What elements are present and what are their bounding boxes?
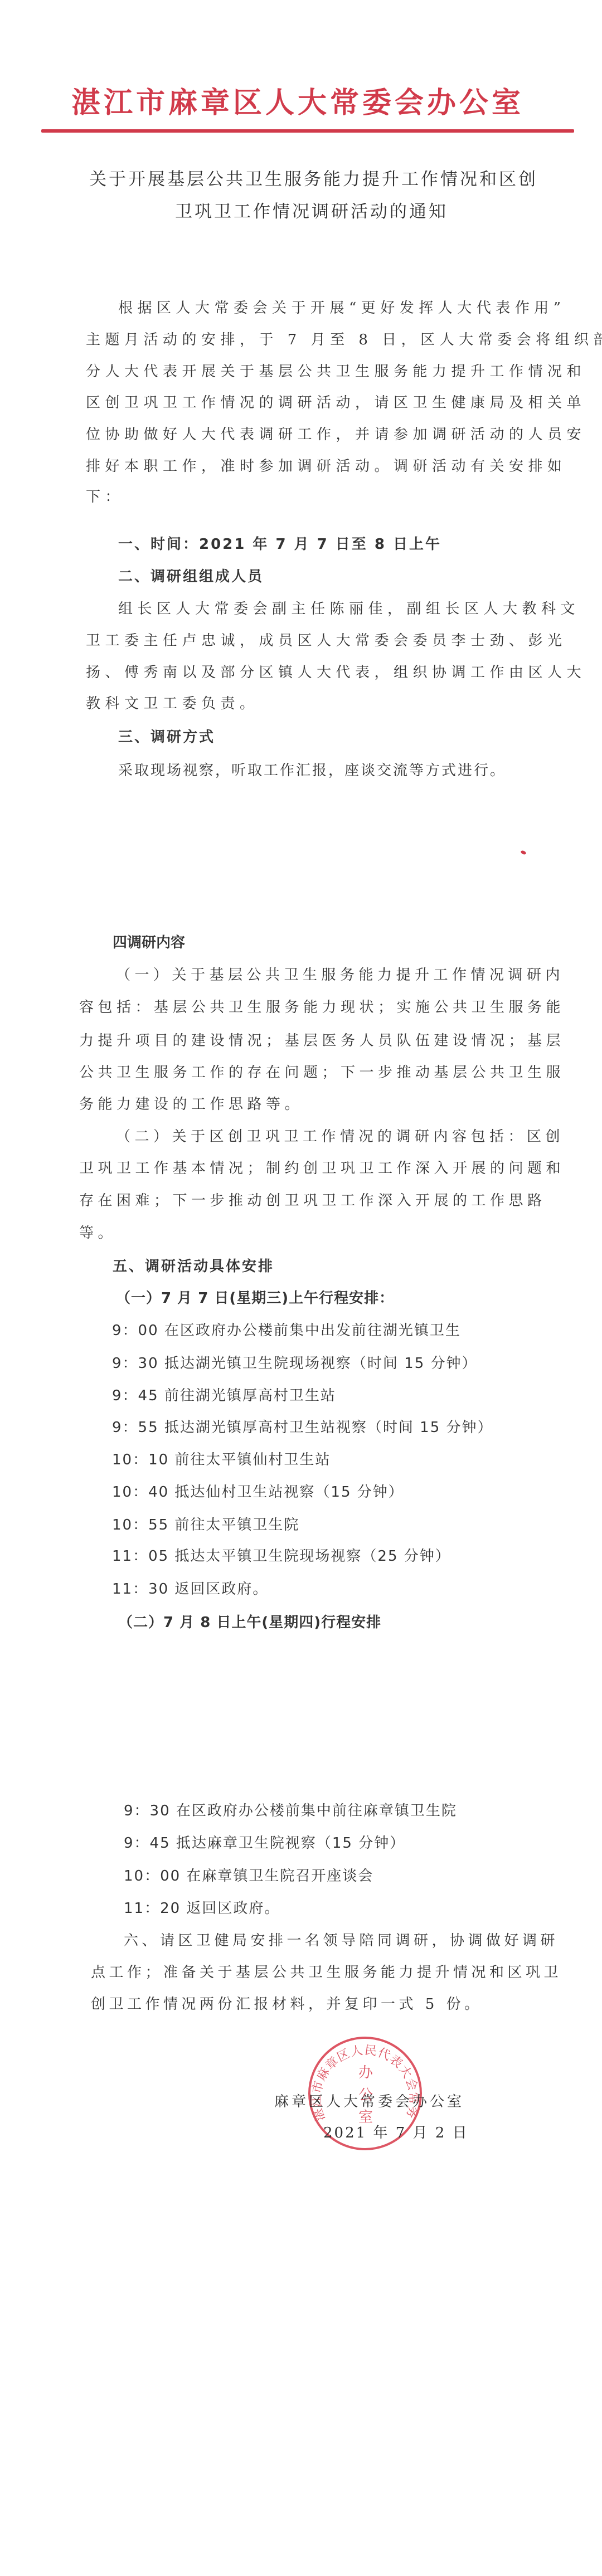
section-4-heading: 四调研内容 (113, 933, 185, 953)
schedule-item: 9：30 抵达湖光镇卫生院现场视察（时间 15 分钟） (112, 1353, 478, 1374)
document-title-line-1: 关于开展基层公共卫生服务能力提升工作情况和区创 (89, 168, 538, 191)
issuer-signature: 麻章区人大常委会办公室 (274, 2092, 464, 2112)
section-4-line: 力提升项目的建设情况；基层医务人员队伍建设情况；基层 (79, 1031, 565, 1051)
intro-line: 区创卫巩卫工作情况的调研活动，请区卫生健康局及相关单 (86, 393, 586, 413)
schedule-item: 9：45 抵达麻章卫生院视察（15 分钟） (124, 1833, 405, 1853)
ink-mark (520, 850, 527, 855)
schedule-item: 11：20 返回区政府。 (124, 1898, 280, 1918)
schedule-item: 10：00 在麻章镇卫生院召开座谈会 (124, 1866, 373, 1886)
intro-line: 位协助做好人大代表调研工作，并请参加调研活动的人员安 (86, 425, 586, 445)
section-4-line: 公共卫生服务工作的存在问题；下一步推动基层公共卫生服 (79, 1063, 565, 1083)
section-3-heading: 三、调研方式 (118, 727, 215, 747)
section-3-line: 采取现场视察，听取工作汇报，座谈交流等方式进行。 (118, 761, 506, 781)
section-6-line: 六、请区卫健局安排一名领导陪同调研，协调做好调研 (124, 1931, 559, 1951)
intro-line: 下： (86, 487, 124, 507)
schedule-item: 9：55 抵达湖光镇厚高村卫生站视察（时间 15 分钟） (112, 1418, 493, 1438)
document-title-line-2: 卫巩卫工作情况调研活动的通知 (175, 201, 448, 223)
section-2-line: 卫工委主任卢忠诚，成员区人大常委会委员李士劲、彭光 (86, 631, 567, 651)
issue-date: 2021 年 7 月 2 日 (323, 2123, 469, 2143)
seal-center-char: 办 (357, 2061, 374, 2082)
intro-line: 根据区人大常委会关于开展“更好发挥人大代表作用” (118, 298, 566, 318)
schedule-item: 10：40 抵达仙村卫生站视察（15 分钟） (112, 1482, 404, 1502)
schedule-item: 9：45 前往湖光镇厚高村卫生站 (112, 1386, 336, 1406)
section-4-line: 卫巩卫工作基本情况；制约创卫巩卫工作深入开展的问题和 (79, 1158, 565, 1179)
schedule-item: 10：55 前往太平镇卫生院 (112, 1515, 299, 1535)
section-2-line: 组长区人大常委会副主任陈丽佳，副组长区人大教科文 (118, 599, 580, 619)
section-4-line: 等。 (79, 1223, 116, 1243)
letterhead-divider (41, 129, 574, 133)
intro-line: 分人大代表开展关于基层公共卫生服务能力提升工作情况和 (86, 362, 586, 382)
section-4-line: 容包括：基层公共卫生服务能力现状；实施公共卫生服务能 (79, 997, 565, 1017)
letterhead-title: 湛江市麻章区人大常委会办公室 (71, 84, 524, 123)
day-2-heading: （二）7 月 8 日上午(星期四)行程安排 (118, 1613, 381, 1633)
section-2-line: 教科文卫工委负责。 (86, 694, 259, 714)
section-4-line: （二）关于区创卫巩卫工作情况的调研内容包括：区创 (116, 1127, 564, 1147)
section-2-heading: 二、调研组组成人员 (118, 567, 264, 587)
section-4-line: 存在困难；下一步推动创卫巩卫工作深入开展的工作思路 (79, 1191, 546, 1211)
schedule-item: 11：30 返回区政府。 (112, 1579, 268, 1599)
intro-line: 排好本职工作，准时参加调研活动。调研活动有关安排如 (86, 456, 567, 476)
schedule-item: 9：00 在区政府办公楼前集中出发前往湖光镇卫生 (112, 1321, 461, 1341)
section-2-line: 扬、傅秀南以及部分区镇人大代表，组织协调工作由区人大 (86, 663, 586, 683)
section-4-line: （一）关于基层公共卫生服务能力提升工作情况调研内 (116, 965, 564, 985)
section-4-line: 务能力建设的工作思路等。 (79, 1094, 303, 1114)
schedule-item: 11：05 抵达太平镇卫生院现场视察（25 分钟） (112, 1546, 451, 1566)
section-5-heading: 五、调研活动具体安排 (113, 1257, 274, 1277)
section-6-line: 点工作；准备关于基层公共卫生服务能力提升情况和区巩卫 (91, 1963, 562, 1983)
schedule-item: 10：10 前往太平镇仙村卫生站 (112, 1450, 331, 1470)
day-1-heading: （一）7 月 7 日(星期三)上午行程安排： (116, 1288, 394, 1308)
section-1-heading: 一、时间：2021 年 7 月 7 日至 8 日上午 (118, 534, 441, 554)
section-6-line: 创卫工作情况两份汇报材料，并复印一式 5 份。 (91, 1994, 483, 2014)
intro-line: 主题月活动的安排，于 7 月至 8 日，区人大常委会将组织部 (86, 330, 602, 350)
schedule-item: 9：30 在区政府办公楼前集中前往麻章镇卫生院 (124, 1801, 457, 1821)
